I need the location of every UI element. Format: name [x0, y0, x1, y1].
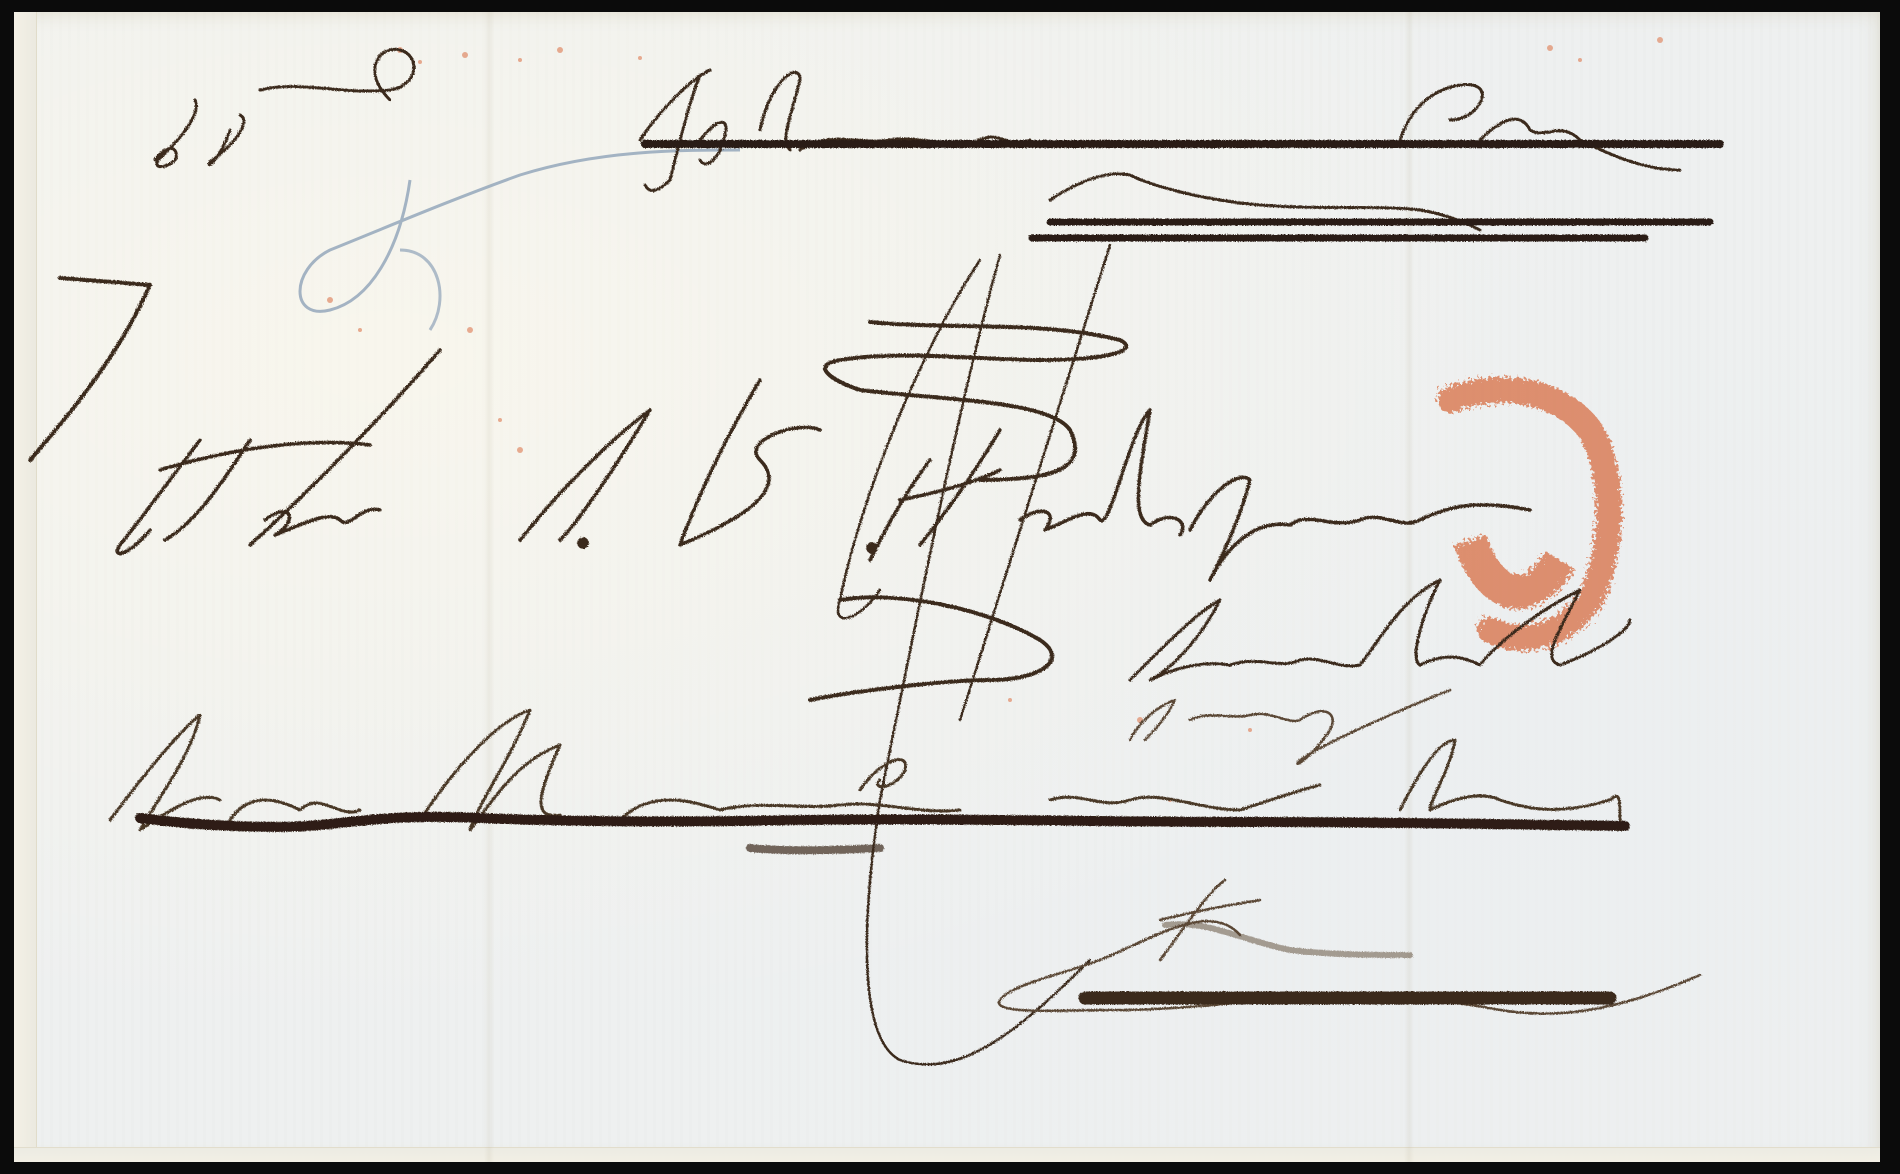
strike-line-care-of [140, 817, 1625, 827]
red-circular-postmark [1450, 390, 1609, 638]
addressee-name-script [117, 350, 1530, 580]
blue-crayon-rate-8 [300, 150, 740, 311]
red-postmark-specks [327, 37, 1663, 802]
top-address-struck [640, 70, 1680, 230]
care-of-line-script [110, 710, 1620, 830]
vertical-ink-strokes [838, 245, 1110, 1064]
ink-blot [750, 848, 880, 850]
faded-ink-smudge [1165, 924, 1410, 955]
handwriting-layer [0, 0, 1900, 1174]
country-norge-script [1130, 690, 1450, 764]
top-left-initials [155, 49, 414, 166]
left-margin-mark-7 [30, 278, 150, 460]
